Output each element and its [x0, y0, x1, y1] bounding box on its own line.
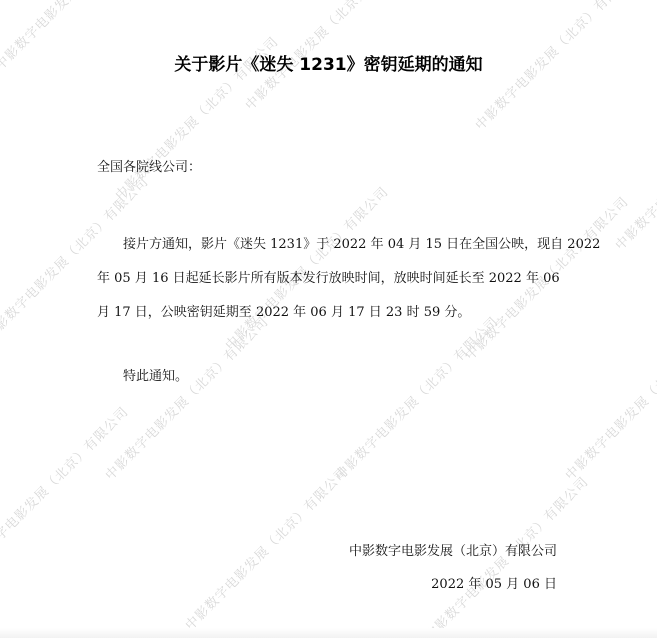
page-bottom-edge	[0, 628, 657, 638]
signature-date: 2022 年 05 月 06 日	[431, 573, 557, 592]
document-page: 中影数字电影发展（北京）有限公司 中影数字电影发展（北京）有限公司 中影数字电影…	[0, 0, 657, 638]
signature-company: 中影数字电影发展（北京）有限公司	[349, 540, 557, 559]
watermark-text: 中影数字电影发展（北京）有限公司	[330, 312, 502, 484]
watermark-text: 中影数字电影发展（北京）有限公司	[560, 312, 657, 484]
watermark-text: 中影数字电影发展（北京）有限公司	[180, 462, 352, 634]
watermark-text: 中影数字电影发展（北京）有限公司	[610, 82, 657, 254]
body-line: 年 05 月 16 日起延长影片所有版本发行放映时间，放映时间延长至 2022 …	[97, 262, 559, 296]
closing-remark: 特此通知。	[123, 365, 188, 384]
body-line: 接片方通知，影片《迷失 1231》于 2022 年 04 月 15 日在全国公映…	[97, 228, 559, 262]
document-title: 关于影片《迷失 1231》密钥延期的通知	[0, 50, 657, 75]
watermark-text: 中影数字电影发展（北京）有限公司	[0, 402, 132, 574]
salutation: 全国各院线公司：	[97, 156, 201, 175]
body-paragraph: 接片方通知，影片《迷失 1231》于 2022 年 04 月 15 日在全国公映…	[97, 228, 559, 330]
body-line: 月 17 日，公映密钥延期至 2022 年 06 月 17 日 23 时 59 …	[97, 296, 559, 330]
watermark-text: 中影数字电影发展（北京）有限公司	[100, 312, 272, 484]
